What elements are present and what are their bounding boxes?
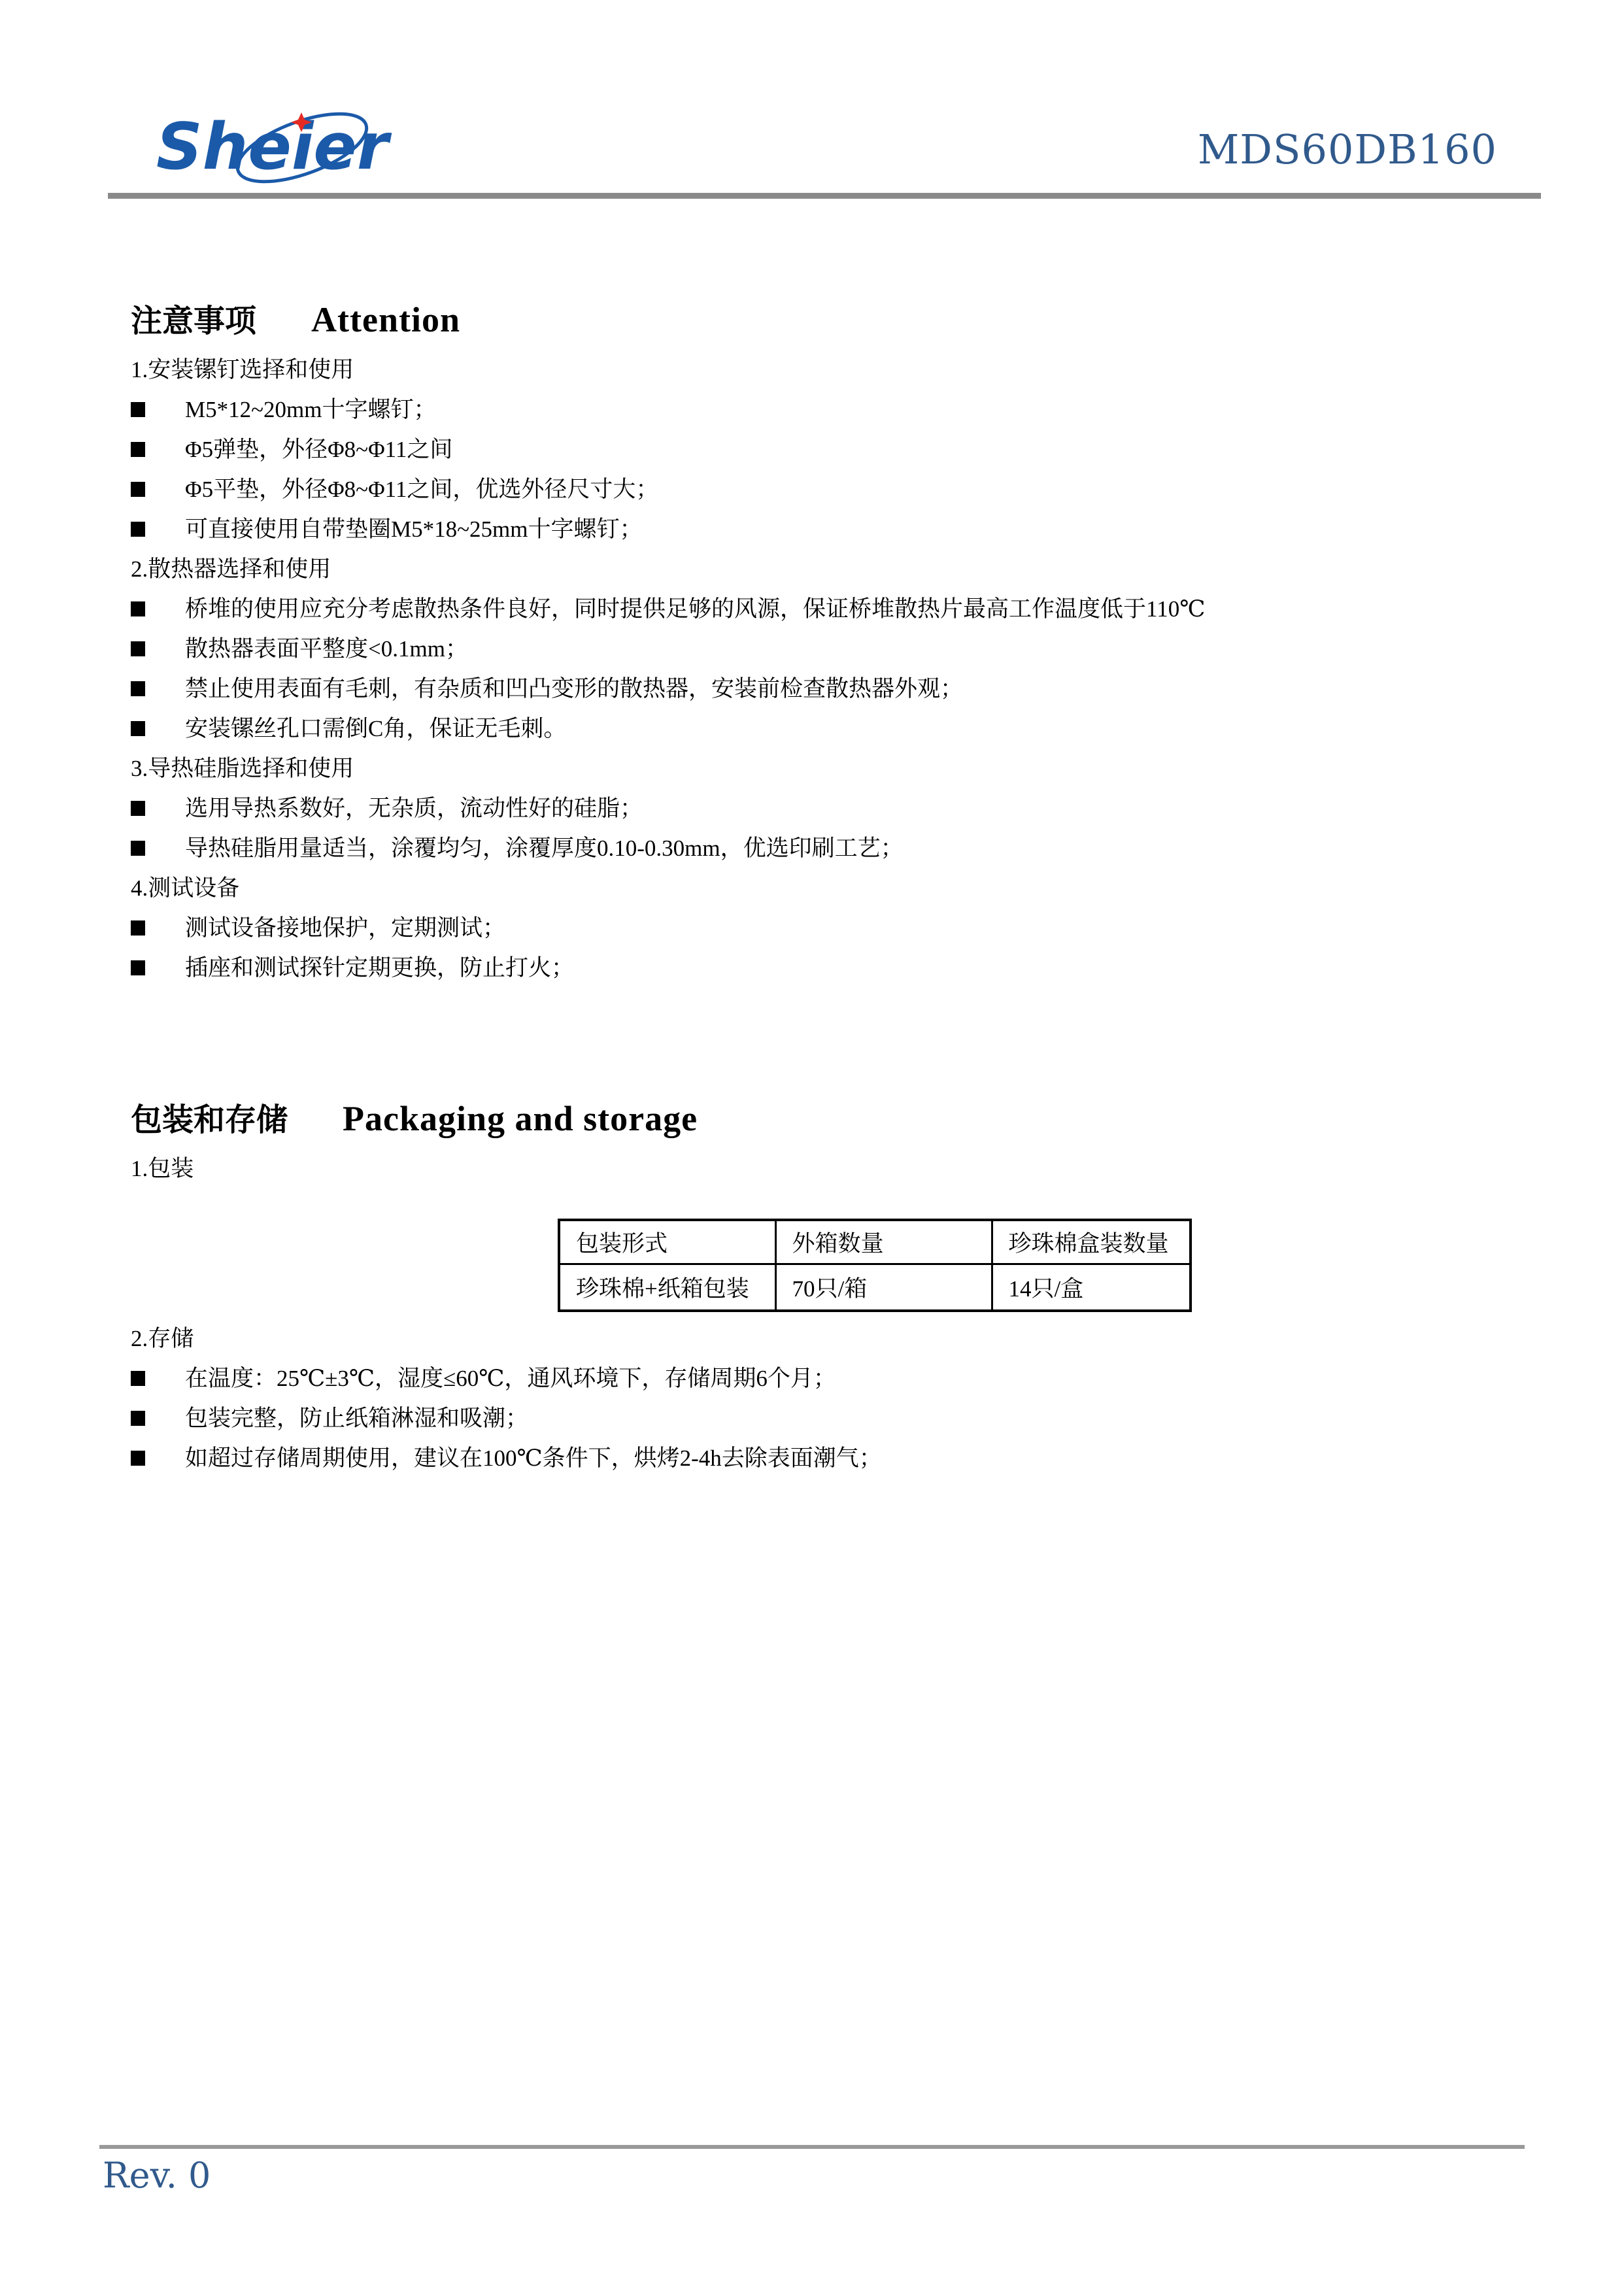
packaging-heading-en: Packaging and storage [343, 1099, 698, 1138]
bullet-square-icon [131, 841, 145, 856]
bullet-text: 安装镙丝孔口需倒C角，保证无毛刺。 [185, 709, 566, 749]
bullet-square-icon [131, 601, 145, 616]
bullet-item: 散热器表面平整度<0.1mm； [131, 629, 1523, 669]
bullet-item: M5*12~20mm十字螺钉； [131, 390, 1523, 430]
bullet-square-icon [131, 402, 145, 417]
bullet-text: Φ5平垫，外径Φ8~Φ11之间，优选外径尺寸大； [185, 469, 658, 509]
datasheet-page: Sheier MDS60DB160 注意事项 Attention 1.安装镙钉选… [0, 0, 1624, 2294]
bullet-square-icon [131, 1371, 145, 1386]
bullet-square-icon [131, 482, 145, 497]
bullet-text: 插座和测试探针定期更换，防止打火； [185, 948, 574, 988]
bullet-item: 导热硅脂用量适当，涂覆均匀，涂覆厚度0.10-0.30mm，优选印刷工艺； [131, 828, 1523, 868]
bullet-text: 桥堆的使用应充分考虑散热条件良好，同时提供足够的风源，保证桥堆散热片最高工作温度… [185, 589, 1205, 629]
bullet-square-icon [131, 681, 145, 696]
table-header-cell: 外箱数量 [775, 1220, 992, 1264]
bullet-text: 散热器表面平整度<0.1mm； [185, 629, 468, 669]
bullet-item: 桥堆的使用应充分考虑散热条件良好，同时提供足够的风源，保证桥堆散热片最高工作温度… [131, 589, 1523, 629]
bullet-item: 可直接使用自带垫圈M5*18~25mm十字螺钉； [131, 509, 1523, 549]
packaging-table: 包装形式 外箱数量 珍珠棉盒装数量 珍珠棉+纸箱包装 70只/箱 14只/盒 [558, 1219, 1192, 1312]
bullet-square-icon [131, 920, 145, 936]
bullet-square-icon [131, 442, 145, 457]
doc-model-number: MDS60DB160 [1198, 129, 1497, 170]
bullet-item: 测试设备接地保护，定期测试； [131, 908, 1523, 948]
group-label-grease: 3.导热硅脂选择和使用 [131, 749, 1523, 788]
bullet-item: 选用导热系数好，无杂质，流动性好的硅脂； [131, 788, 1523, 828]
bullet-text: 可直接使用自带垫圈M5*18~25mm十字螺钉； [185, 509, 643, 549]
packaging-heading-zh: 包装和存储 [131, 1102, 288, 1138]
bullet-text: 如超过存储周期使用，建议在100℃条件下，烘烤2-4h去除表面潮气； [185, 1438, 882, 1478]
group-label-test-equipment: 4.测试设备 [131, 868, 1523, 908]
packaging-heading: 包装和存储 Packaging and storage [131, 1098, 1523, 1141]
table-cell: 14只/盒 [992, 1264, 1191, 1311]
bullet-item: 禁止使用表面有毛刺，有杂质和凹凸变形的散热器，安装前检查散热器外观； [131, 669, 1523, 709]
table-header-cell: 珍珠棉盒装数量 [992, 1220, 1191, 1264]
header-rule [108, 193, 1541, 199]
company-logo: Sheier [154, 95, 467, 197]
bullet-item: 如超过存储周期使用，建议在100℃条件下，烘烤2-4h去除表面潮气； [131, 1438, 1523, 1478]
table-header-cell: 包装形式 [559, 1220, 775, 1264]
bullet-item: 在温度：25℃±3℃，湿度≤60℃，通风环境下，存储周期6个月； [131, 1358, 1523, 1398]
bullet-square-icon [131, 721, 145, 736]
bullet-text: 在温度：25℃±3℃，湿度≤60℃，通风环境下，存储周期6个月； [185, 1358, 836, 1398]
table-cell: 珍珠棉+纸箱包装 [559, 1264, 775, 1311]
table-cell: 70只/箱 [775, 1264, 992, 1311]
bullet-square-icon [131, 641, 145, 656]
attention-heading: 注意事项 Attention [131, 299, 1523, 342]
bullet-text: 导热硅脂用量适当，涂覆均匀，涂覆厚度0.10-0.30mm，优选印刷工艺； [185, 828, 904, 868]
bullet-item: 安装镙丝孔口需倒C角，保证无毛刺。 [131, 709, 1523, 749]
bullet-text: 选用导热系数好，无杂质，流动性好的硅脂； [185, 788, 643, 828]
bullet-square-icon [131, 522, 145, 537]
sheier-logo-graphic: Sheier [154, 95, 467, 197]
bullet-square-icon [131, 1451, 145, 1466]
bullet-text: Φ5弹垫，外径Φ8~Φ11之间 [185, 430, 452, 469]
bullet-item: Φ5弹垫，外径Φ8~Φ11之间 [131, 430, 1523, 469]
bullet-text: 测试设备接地保护，定期测试； [185, 908, 505, 948]
table-row: 珍珠棉+纸箱包装 70只/箱 14只/盒 [559, 1264, 1191, 1311]
bullet-item: Φ5平垫，外径Φ8~Φ11之间，优选外径尺寸大； [131, 469, 1523, 509]
bullet-square-icon [131, 960, 145, 975]
section-attention: 注意事项 Attention 1.安装镙钉选择和使用 M5*12~20mm十字螺… [131, 299, 1523, 988]
bullet-text: 禁止使用表面有毛刺，有杂质和凹凸变形的散热器，安装前检查散热器外观； [185, 669, 963, 709]
section-packaging-storage: 包装和存储 Packaging and storage 1.包装 包装形式 外箱… [131, 1098, 1523, 1478]
group-label-storage: 2.存储 [131, 1319, 1523, 1358]
group-label-packaging: 1.包装 [131, 1149, 1523, 1189]
group-label-screws: 1.安装镙钉选择和使用 [131, 350, 1523, 390]
footer-rule [99, 2145, 1525, 2149]
bullet-text: 包装完整，防止纸箱淋湿和吸潮； [185, 1398, 528, 1438]
group-label-heatsink: 2.散热器选择和使用 [131, 549, 1523, 589]
revision-label: Rev. 0 [103, 2156, 211, 2195]
attention-heading-zh: 注意事项 [131, 303, 256, 339]
table-header-row: 包装形式 外箱数量 珍珠棉盒装数量 [559, 1220, 1191, 1264]
attention-heading-en: Attention [311, 300, 460, 339]
bullet-item: 包装完整，防止纸箱淋湿和吸潮； [131, 1398, 1523, 1438]
bullet-square-icon [131, 801, 145, 816]
bullet-item: 插座和测试探针定期更换，防止打火； [131, 948, 1523, 988]
bullet-square-icon [131, 1411, 145, 1426]
bullet-text: M5*12~20mm十字螺钉； [185, 390, 437, 430]
